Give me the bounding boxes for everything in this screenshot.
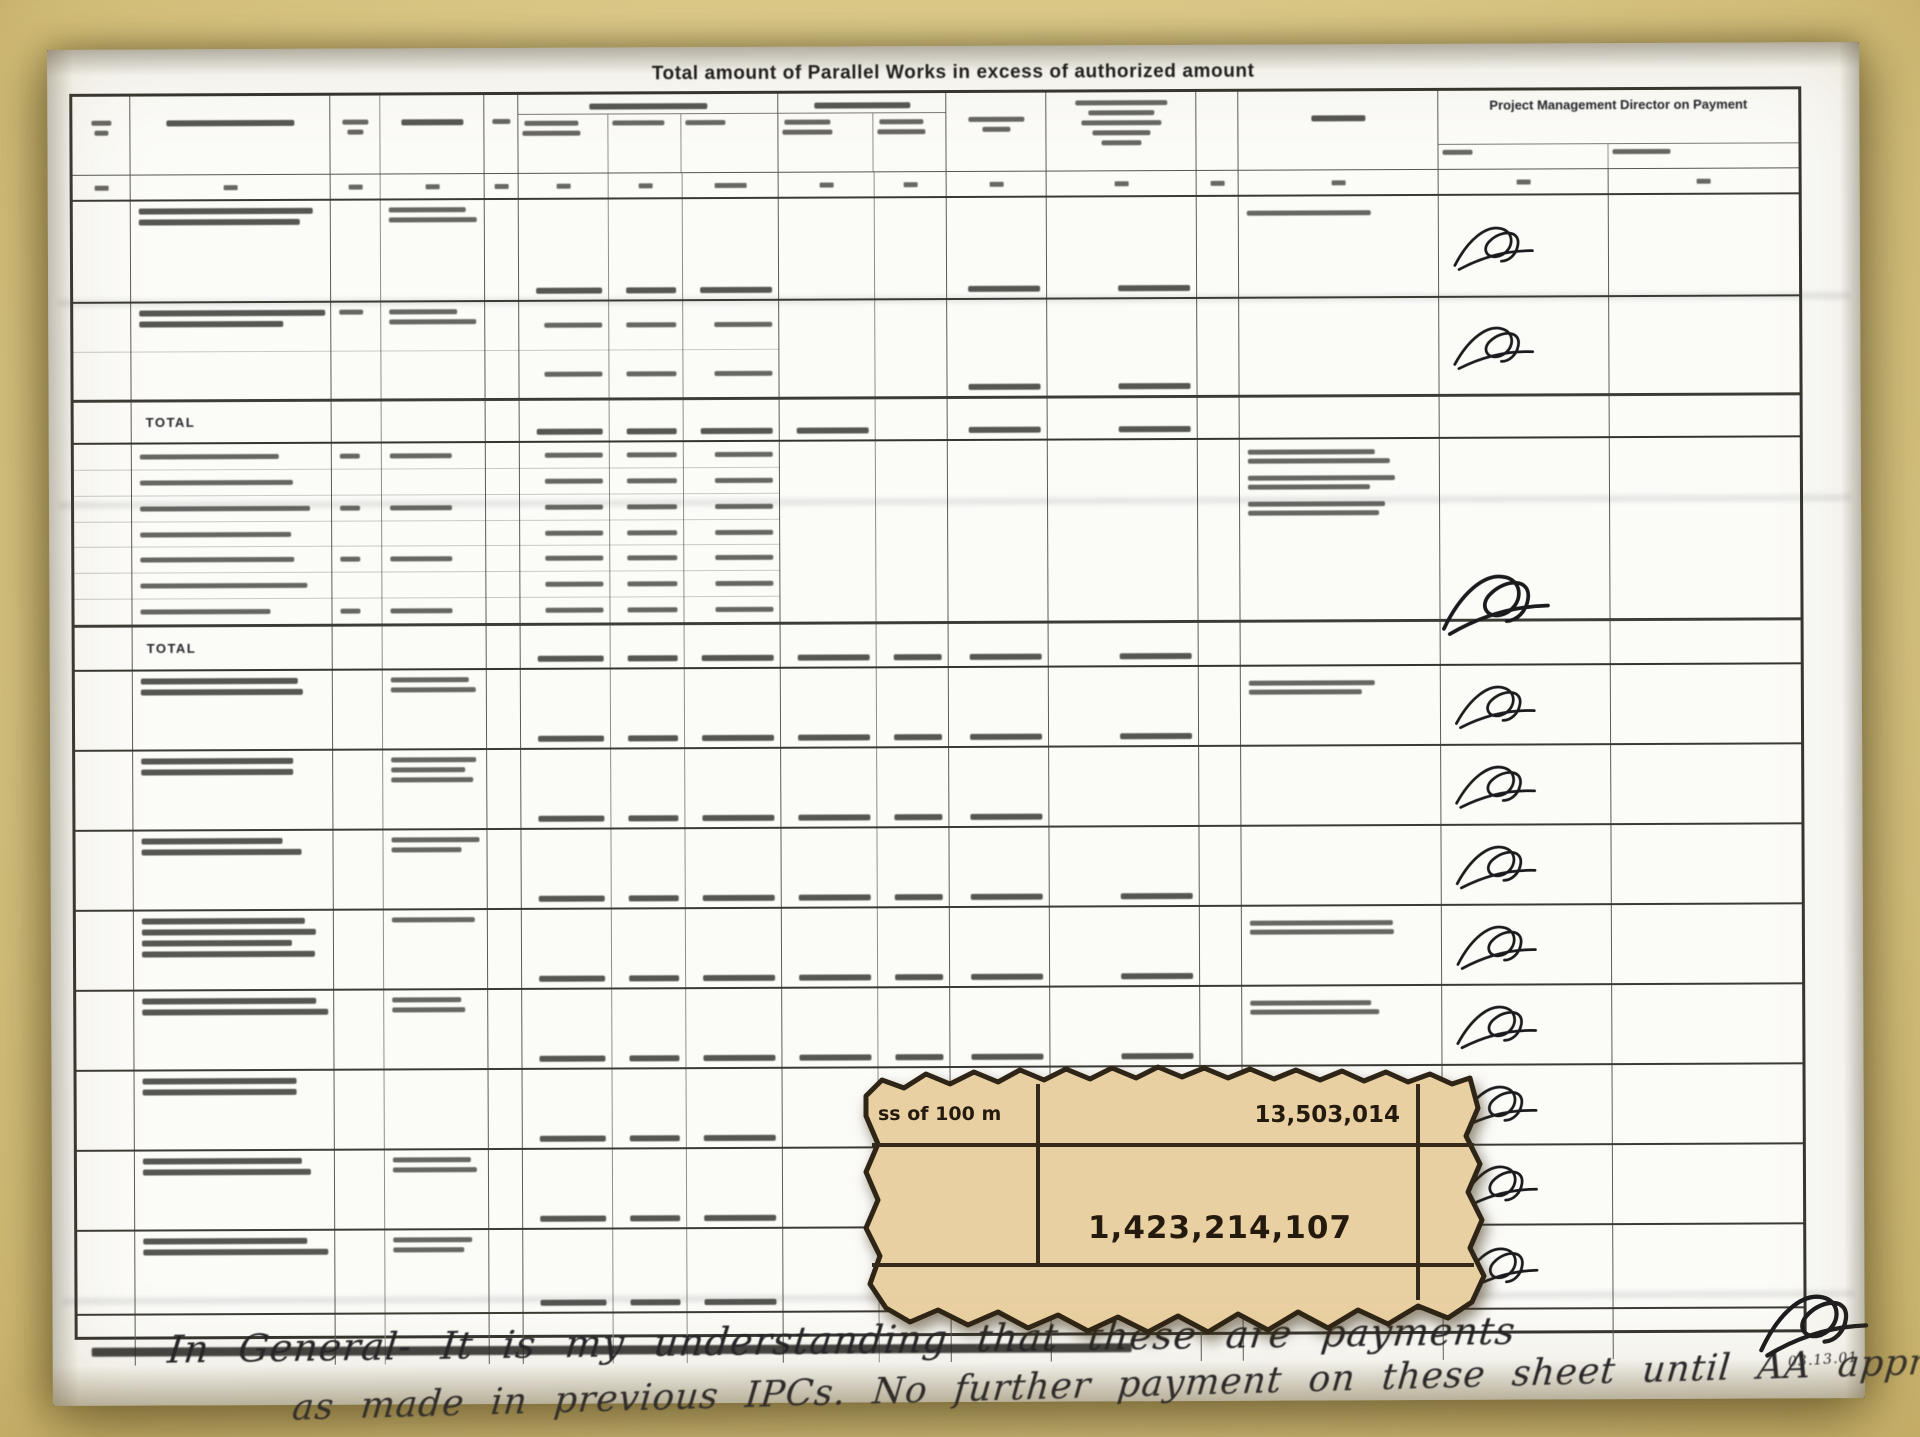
sub-row-cell (132, 521, 332, 547)
illegible-text (524, 121, 578, 126)
table-cell (611, 669, 685, 747)
description-text (133, 671, 332, 703)
header-label-stack (1608, 144, 1674, 168)
table-cell (1049, 827, 1199, 906)
table-cell (1241, 622, 1441, 665)
contractor-text (381, 200, 484, 229)
header-label-stack (484, 95, 517, 130)
sub-row-cell (520, 572, 610, 597)
table-cell (133, 751, 333, 830)
illegible-number (799, 894, 871, 900)
illegible-text (142, 929, 316, 936)
column-number-cell (131, 175, 331, 200)
remarks-text (1241, 666, 1440, 702)
sub-row-cell (486, 598, 520, 623)
illegible-text (141, 838, 282, 845)
total-row: TOTAL (74, 394, 1800, 445)
illegible-text (143, 1169, 311, 1176)
column-number-cell (485, 174, 519, 198)
illegible-number (538, 736, 604, 742)
sub-row (73, 301, 779, 353)
sub-row-cell (485, 350, 519, 398)
illegible-number (544, 323, 602, 328)
table-cell (489, 1150, 523, 1228)
sub-row-cell (131, 303, 331, 351)
signature-scribble (1449, 836, 1542, 893)
table-cell (523, 1150, 613, 1228)
illegible-text (140, 531, 291, 537)
table-cell (1242, 986, 1442, 1065)
sub-row-overlay (73, 301, 779, 400)
illegible-text (342, 120, 368, 125)
description-text (135, 1071, 334, 1103)
column-number-cell (1047, 171, 1197, 196)
sub-row-cell (382, 598, 486, 623)
sub-row-cell (332, 521, 382, 546)
illegible-number (545, 530, 603, 535)
column-number-cell (1609, 168, 1799, 193)
table-cell (1612, 1064, 1802, 1143)
table-cell (1199, 827, 1241, 905)
callout-top-value: 13,503,014 (1254, 1102, 1400, 1128)
sub-row-cell (331, 351, 381, 399)
table-cell (1049, 667, 1199, 746)
sub-row-cell (486, 469, 520, 494)
illegible-number (626, 287, 676, 293)
table-cell (383, 750, 487, 828)
illegible-number (895, 974, 943, 980)
header-label-stack (330, 96, 379, 141)
sub-row-cell (132, 470, 332, 496)
sub-row-cell (684, 571, 780, 596)
description-text (135, 1151, 334, 1183)
sub-row-cell (683, 301, 779, 349)
illegible-number (894, 814, 942, 820)
table-cell (383, 626, 487, 668)
sub-row (74, 545, 780, 574)
table-cell (335, 1070, 385, 1148)
contractor-text (383, 830, 486, 859)
illegible-text (391, 767, 465, 772)
table-cell (1441, 665, 1611, 744)
table-cell (385, 1070, 489, 1148)
table-cell (1613, 1144, 1803, 1223)
table-cell (1199, 747, 1241, 825)
sub-row-cell (520, 546, 610, 571)
illegible-number (540, 1216, 606, 1222)
sub-row-cell (610, 546, 684, 571)
column-number-mark (1331, 180, 1345, 185)
table-cell (485, 200, 519, 300)
sub-row-cell (74, 600, 132, 625)
table-cell (1611, 824, 1801, 903)
table-cell (875, 300, 947, 396)
table-cell (877, 748, 949, 826)
illegible-text (392, 847, 462, 852)
table-cell (877, 668, 949, 746)
table-cell (1612, 904, 1802, 983)
table-cell (611, 829, 685, 907)
table-cell (612, 989, 686, 1067)
table-cell (333, 830, 383, 908)
signature-scribble (1449, 757, 1541, 813)
table-cell (947, 198, 1047, 298)
illegible-text (782, 130, 832, 135)
sub-row-cell (381, 302, 485, 350)
table-cell (486, 401, 520, 441)
illegible-text (141, 758, 293, 765)
illegible-number (539, 1056, 605, 1062)
sub-row-cell (332, 573, 382, 598)
illegible-number (628, 655, 678, 661)
illegible-text (143, 1158, 302, 1165)
sub-row-cell (74, 574, 132, 599)
illegible-number (715, 581, 773, 586)
column-number-mark (1210, 180, 1224, 185)
illegible-text (142, 951, 315, 958)
illegible-number (798, 654, 870, 660)
table-cell (1197, 299, 1239, 395)
table-cell (519, 200, 609, 300)
illegible-text (143, 1089, 297, 1096)
table-cell (685, 625, 781, 667)
table-row (73, 296, 1799, 402)
callout-left-label: ss of 100 m (878, 1103, 1001, 1125)
table-cell (878, 988, 950, 1066)
illegible-number (700, 287, 772, 293)
table-cell (1611, 620, 1801, 663)
illegible-text (393, 1167, 477, 1172)
illegible-number (1121, 1053, 1193, 1059)
table-cell (612, 909, 686, 987)
illegible-number (630, 1135, 680, 1141)
illegible-text (390, 557, 452, 562)
header-subgroup (518, 113, 777, 173)
illegible-text (392, 917, 475, 922)
sub-row-cell (609, 301, 683, 349)
table-cell (876, 441, 949, 621)
column-number-cell (609, 173, 683, 197)
table-cell (77, 1072, 135, 1150)
table-cell (949, 748, 1049, 826)
illegible-number (1121, 973, 1193, 979)
table-cell (383, 830, 487, 908)
header-subcell (778, 113, 874, 171)
table-cell (1050, 987, 1200, 1066)
sub-row-cell (520, 598, 610, 623)
illegible-text (1250, 920, 1393, 926)
table-cell (1239, 196, 1439, 297)
table-cell (877, 828, 949, 906)
illegible-number (537, 429, 603, 435)
sub-row (74, 468, 780, 497)
signature-scribble (1449, 676, 1542, 733)
column-number-cell (947, 172, 1047, 196)
illegible-number (797, 427, 869, 433)
illegible-number (970, 654, 1042, 660)
table-cell (522, 990, 612, 1068)
table-cell (521, 670, 611, 748)
table-cell (1609, 296, 1799, 393)
table-cell (381, 200, 485, 300)
illegible-number (798, 734, 870, 740)
column-number-cell (683, 173, 779, 197)
table-cell (1241, 666, 1441, 745)
table-cell (75, 752, 133, 830)
sub-row-cell (610, 520, 684, 545)
illegible-number (627, 428, 677, 434)
table-cell (520, 401, 610, 441)
illegible-number (1119, 383, 1191, 389)
illegible-text (1081, 120, 1161, 125)
illegible-text (1092, 130, 1150, 135)
illegible-number (969, 427, 1041, 433)
sub-row-cell (684, 519, 780, 544)
description-text (134, 991, 333, 1023)
illegible-text (340, 454, 360, 459)
illegible-number (545, 452, 603, 457)
illegible-text (1247, 210, 1371, 216)
illegible-number (539, 976, 605, 982)
sub-row (74, 519, 780, 548)
illegible-number (545, 556, 603, 561)
header-cell (72, 97, 130, 175)
table-cell (521, 830, 611, 908)
illegible-number (1118, 285, 1190, 291)
sub-row-cell (382, 521, 486, 546)
column-number-cell (1239, 170, 1439, 195)
table-cell (781, 668, 877, 746)
sub-row-cell (610, 468, 684, 493)
sub-row (74, 597, 780, 625)
table-cell (877, 624, 949, 666)
table-cell (131, 201, 331, 302)
table-cell (133, 831, 333, 910)
sub-row-cell (74, 496, 132, 521)
column-number-mark (425, 184, 439, 189)
table-cell (334, 990, 384, 1068)
sub-row-cell (684, 597, 780, 622)
header-subcell (608, 114, 682, 172)
table-cell (685, 669, 781, 747)
pmd-subcell (1608, 143, 1798, 168)
table-cell (522, 910, 612, 988)
remarks-text (1242, 906, 1441, 942)
table-cell (331, 201, 381, 301)
table-cell (1242, 906, 1442, 985)
illegible-number (714, 371, 772, 376)
table-cell (487, 830, 521, 908)
illegible-number (630, 1215, 680, 1221)
illegible-number (715, 478, 773, 483)
table-cell (75, 628, 133, 670)
table-cell (382, 401, 486, 441)
table-cell (1048, 398, 1198, 439)
illegible-number (544, 371, 602, 376)
description-text (133, 751, 332, 783)
table-cell (1611, 744, 1801, 823)
header-cell (484, 95, 518, 173)
table-cell (1200, 987, 1242, 1065)
illegible-number (715, 555, 773, 560)
illegible-number (715, 529, 773, 534)
table-cell (334, 910, 384, 988)
table-cell (779, 198, 875, 298)
illegible-text (686, 120, 726, 125)
table-cell (521, 750, 611, 828)
illegible-number (702, 735, 774, 741)
sub-row-cell (609, 350, 683, 398)
sub-row-cell (332, 469, 382, 494)
table-cell (780, 441, 877, 621)
header-label-stack (608, 114, 668, 172)
illegible-number (799, 974, 871, 980)
illegible-text (142, 940, 292, 947)
sub-row-cell (520, 494, 610, 519)
sub-row-cell (382, 546, 486, 571)
illegible-text (389, 207, 466, 212)
table-cell: TOTAL (133, 627, 333, 670)
sub-row-cell (684, 468, 780, 493)
remarks-text (1239, 196, 1438, 223)
table-cell (488, 910, 522, 988)
illegible-text (391, 687, 477, 692)
table-cell (949, 624, 1049, 666)
header-label-stack (874, 113, 930, 171)
illegible-number (1119, 426, 1191, 432)
illegible-number (715, 607, 773, 612)
table-cell: TOTAL (132, 402, 332, 443)
illegible-text (140, 583, 307, 589)
illegible-number (798, 814, 870, 820)
illegible-number (1120, 733, 1192, 739)
table-cell (683, 199, 779, 299)
table-cell (75, 832, 133, 910)
table-cell (1442, 905, 1612, 984)
table-cell (332, 402, 382, 442)
illegible-number (715, 452, 773, 457)
illegible-number (545, 582, 603, 587)
table-cell (1440, 438, 1611, 619)
table-cell (76, 912, 134, 990)
table-cell (1049, 623, 1199, 666)
illegible-text (143, 1238, 307, 1245)
illegible-text (1101, 140, 1141, 145)
illegible-number (536, 288, 602, 294)
table-cell (1239, 298, 1439, 395)
table-cell (1198, 398, 1240, 438)
illegible-text (878, 129, 926, 134)
table-cell (1200, 907, 1242, 985)
sub-row-cell (74, 548, 132, 573)
illegible-text (1311, 115, 1365, 121)
description-text (131, 201, 330, 233)
illegible-number (704, 1135, 776, 1141)
illegible-text (393, 1237, 472, 1242)
table-cell (333, 750, 383, 828)
remarks-text (1240, 439, 1439, 523)
illegible-text (141, 678, 298, 685)
table-cell (1241, 826, 1441, 905)
illegible-text (142, 998, 316, 1005)
table-cell (878, 908, 950, 986)
illegible-number (627, 607, 677, 612)
table-cell (134, 911, 334, 990)
sub-row-cell (381, 351, 485, 399)
header-subcell (518, 115, 608, 173)
header-label-stack (1438, 145, 1476, 169)
sub-row-cell (486, 546, 520, 571)
header-label-stack (518, 115, 584, 173)
illegible-number (701, 428, 773, 434)
table-cell (1240, 439, 1441, 620)
illegible-text (141, 769, 293, 776)
table-cell (1049, 747, 1199, 826)
table-cell (610, 400, 684, 440)
table-cell (385, 1150, 489, 1228)
header-cell (1238, 91, 1438, 170)
table-cell (611, 749, 685, 827)
illegible-number (969, 384, 1041, 390)
header-group (778, 93, 946, 172)
illegible-text (393, 1157, 471, 1162)
header-label-stack (1196, 92, 1237, 122)
column-number-mark (819, 182, 833, 187)
header-label-stack (1238, 91, 1437, 128)
illegible-text (391, 757, 476, 762)
sub-row-cell (382, 443, 486, 468)
illegible-text (142, 1009, 329, 1016)
illegible-text (1442, 150, 1472, 155)
table-cell (685, 749, 781, 827)
column-number-mark (989, 181, 1003, 186)
table-cell (1197, 197, 1239, 297)
illegible-text (1249, 689, 1362, 694)
sub-row-overlay (74, 442, 781, 625)
sub-row-cell (486, 520, 520, 545)
sub-row-cell (684, 442, 780, 467)
column-number-cell (875, 172, 947, 196)
illegible-text (784, 120, 830, 125)
sub-row-cell (332, 547, 382, 572)
table-cell (686, 989, 782, 1067)
illegible-text (140, 557, 294, 563)
table-cell (489, 1070, 523, 1148)
header-cell (946, 93, 1046, 171)
table-cell (74, 403, 132, 443)
table-cell (77, 1152, 135, 1230)
illegible-number (1120, 653, 1192, 659)
table-cell (781, 748, 877, 826)
illegible-text (390, 608, 452, 613)
table-cell (948, 399, 1048, 439)
illegible-number (539, 896, 605, 902)
illegible-text (492, 119, 510, 124)
header-label-stack (682, 114, 730, 172)
sub-row-cell (610, 571, 684, 596)
sub-row-cell (683, 349, 779, 397)
table-cell (781, 624, 877, 666)
sub-row-cell (74, 445, 132, 470)
sub-row-cell (382, 469, 486, 494)
sub-row-cell (486, 495, 520, 520)
illegible-text (1250, 1000, 1371, 1006)
illegible-text (1248, 484, 1370, 490)
table-cell (1241, 746, 1441, 825)
sub-row-cell (132, 547, 332, 573)
illegible-number (971, 894, 1043, 900)
table-cell (609, 199, 683, 299)
